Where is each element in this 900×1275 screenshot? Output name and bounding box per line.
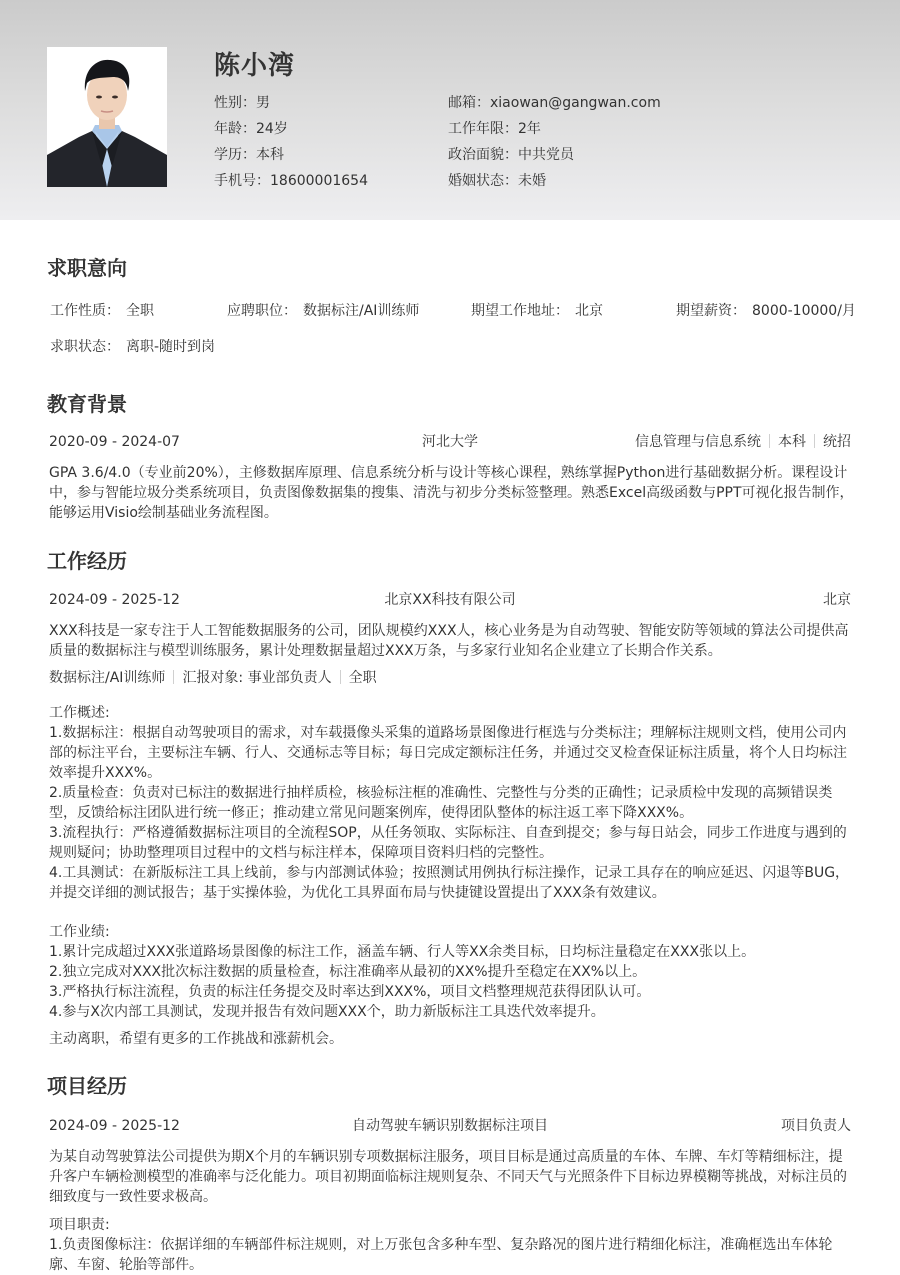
divider bbox=[340, 670, 341, 684]
work-overview-item: 3.流程执行：严格遵循数据标注项目的全流程SOP，从任务领取、实际标注、自查到提… bbox=[49, 823, 854, 863]
field-label: 期望薪资： bbox=[676, 303, 746, 319]
info-label: 年龄： bbox=[214, 121, 256, 137]
work-overview-item: 4.工具测试：在新版标注工具上线前，参与内部测试体验；按照测试用例执行标注操作，… bbox=[49, 863, 854, 903]
info-political-status: 政治面貌：中共党员 bbox=[448, 146, 574, 164]
work-achievement-item: 1.累计完成超过XXX张道路场景图像的标注工作，涵盖车辆、行人等XX余类目标，日… bbox=[49, 942, 854, 962]
education-meta: 信息管理与信息系统本科统招 bbox=[635, 433, 851, 451]
info-education: 学历：本科 bbox=[214, 146, 284, 164]
work-overview-item: 1.数据标注：根据自动驾驶项目的需求，对车载摄像头采集的道路场景图像进行框选与分… bbox=[49, 723, 854, 783]
field-value: 数据标注/AI训练师 bbox=[303, 303, 419, 319]
info-work-years: 工作年限：2年 bbox=[448, 120, 541, 138]
info-value: 中共党员 bbox=[518, 147, 574, 163]
work-role: 数据标注/AI训练师 bbox=[49, 670, 165, 686]
divider bbox=[814, 434, 815, 448]
info-label: 婚姻状态： bbox=[448, 173, 518, 189]
profile-photo bbox=[47, 47, 167, 187]
education-description: GPA 3.6/4.0（专业前20%），主修数据库原理、信息系统分析与设计等核心… bbox=[49, 463, 854, 523]
field-value: 全职 bbox=[126, 303, 154, 319]
work-overview: 工作概述: 1.数据标注：根据自动驾驶项目的需求，对车载摄像头采集的道路场景图像… bbox=[49, 703, 854, 903]
candidate-name: 陈小湾 bbox=[214, 48, 295, 84]
resume-header: 陈小湾 性别：男 年龄：24岁 学历：本科 手机号：18600001654 邮箱… bbox=[0, 0, 900, 220]
work-overview-title: 工作概述: bbox=[49, 703, 854, 723]
divider bbox=[769, 434, 770, 448]
project-duties: 项目职责: 1.负责图像标注：依据详细的车辆部件标注规则，对上万张包含多种车型、… bbox=[49, 1215, 854, 1275]
info-value: 18600001654 bbox=[270, 173, 368, 189]
section-title-education: 教育背景 bbox=[47, 390, 127, 418]
work-achievement-item: 3.严格执行标注流程，负责的标注任务提交及时率达到XXX%，项目文档整理规范获得… bbox=[49, 982, 854, 1002]
education-degree: 本科 bbox=[778, 434, 806, 450]
info-marital-status: 婚姻状态：未婚 bbox=[448, 172, 546, 190]
field-label: 工作性质： bbox=[50, 303, 120, 319]
work-overview-item: 2.质量检查：负责对已标注的数据进行抽样质检，核验标注框的准确性、完整性与分类的… bbox=[49, 783, 854, 823]
info-label: 邮箱： bbox=[448, 95, 490, 111]
info-label: 性别： bbox=[214, 95, 256, 111]
field-label: 期望工作地址： bbox=[471, 303, 569, 319]
intention-job-type: 工作性质：全职 bbox=[50, 302, 154, 320]
education-type: 统招 bbox=[823, 434, 851, 450]
education-major: 信息管理与信息系统 bbox=[635, 434, 761, 450]
field-label: 应聘职位： bbox=[227, 303, 297, 319]
info-value: 本科 bbox=[256, 147, 284, 163]
info-email: 邮箱：xiaowan@gangwan.com bbox=[448, 94, 661, 112]
work-achievement-item: 4.参与X次内部工具测试，发现并报告有效问题XXX个，助力新版标注工具迭代效率提… bbox=[49, 1002, 854, 1022]
intention-salary: 期望薪资：8000-10000/月 bbox=[676, 302, 856, 320]
info-label: 工作年限： bbox=[448, 121, 518, 137]
work-role-line: 数据标注/AI训练师汇报对象: 事业部负责人全职 bbox=[49, 669, 377, 687]
info-value: 未婚 bbox=[518, 173, 546, 189]
info-value: 2年 bbox=[518, 121, 541, 137]
section-title-intention: 求职意向 bbox=[47, 254, 127, 282]
field-value: 8000-10000/月 bbox=[752, 303, 856, 319]
project-description: 为某自动驾驶算法公司提供为期X个月的车辆识别专项数据标注服务，项目目标是通过高质… bbox=[49, 1147, 854, 1207]
intention-status: 求职状态：离职-随时到岗 bbox=[50, 338, 215, 356]
info-label: 政治面貌： bbox=[448, 147, 518, 163]
info-value: 男 bbox=[256, 95, 270, 111]
work-achievements-title: 工作业绩: bbox=[49, 922, 854, 942]
section-title-work: 工作经历 bbox=[47, 547, 127, 575]
work-achievements: 工作业绩: 1.累计完成超过XXX张道路场景图像的标注工作，涵盖车辆、行人等XX… bbox=[49, 922, 854, 1022]
field-value: 离职-随时到岗 bbox=[126, 339, 215, 355]
work-leave-reason: 主动离职，希望有更多的工作挑战和涨薪机会。 bbox=[49, 1029, 854, 1049]
info-phone: 手机号：18600001654 bbox=[214, 172, 368, 190]
project-name: 自动驾驶车辆识别数据标注项目 bbox=[0, 1117, 900, 1135]
section-title-project: 项目经历 bbox=[47, 1072, 127, 1100]
info-label: 学历： bbox=[214, 147, 256, 163]
divider bbox=[173, 670, 174, 684]
work-company: 北京XX科技有限公司 bbox=[0, 591, 900, 609]
info-value: xiaowan@gangwan.com bbox=[490, 95, 661, 111]
work-achievement-item: 2.独立完成对XXX批次标注数据的质量检查，标注准确率从最初的XX%提升至稳定在… bbox=[49, 962, 854, 982]
work-city: 北京 bbox=[823, 591, 851, 609]
info-age: 年龄：24岁 bbox=[214, 120, 288, 138]
work-company-description: XXX科技是一家专注于人工智能数据服务的公司，团队规模约XXX人，核心业务是为自… bbox=[49, 621, 854, 661]
intention-position: 应聘职位：数据标注/AI训练师 bbox=[227, 302, 419, 320]
field-label: 求职状态： bbox=[50, 339, 120, 355]
project-role: 项目负责人 bbox=[781, 1117, 851, 1135]
field-value: 北京 bbox=[575, 303, 603, 319]
info-value: 24岁 bbox=[256, 121, 288, 137]
info-label: 手机号： bbox=[214, 173, 270, 189]
work-employment-type: 全职 bbox=[349, 670, 377, 686]
person-portrait-icon bbox=[47, 47, 167, 187]
project-duty-item: 1.负责图像标注：依据详细的车辆部件标注规则，对上万张包含多种车型、复杂路况的图… bbox=[49, 1235, 854, 1275]
work-report-to: 汇报对象: 事业部负责人 bbox=[182, 670, 331, 686]
intention-location: 期望工作地址：北京 bbox=[471, 302, 603, 320]
project-duties-title: 项目职责: bbox=[49, 1215, 854, 1235]
info-gender: 性别：男 bbox=[214, 94, 270, 112]
